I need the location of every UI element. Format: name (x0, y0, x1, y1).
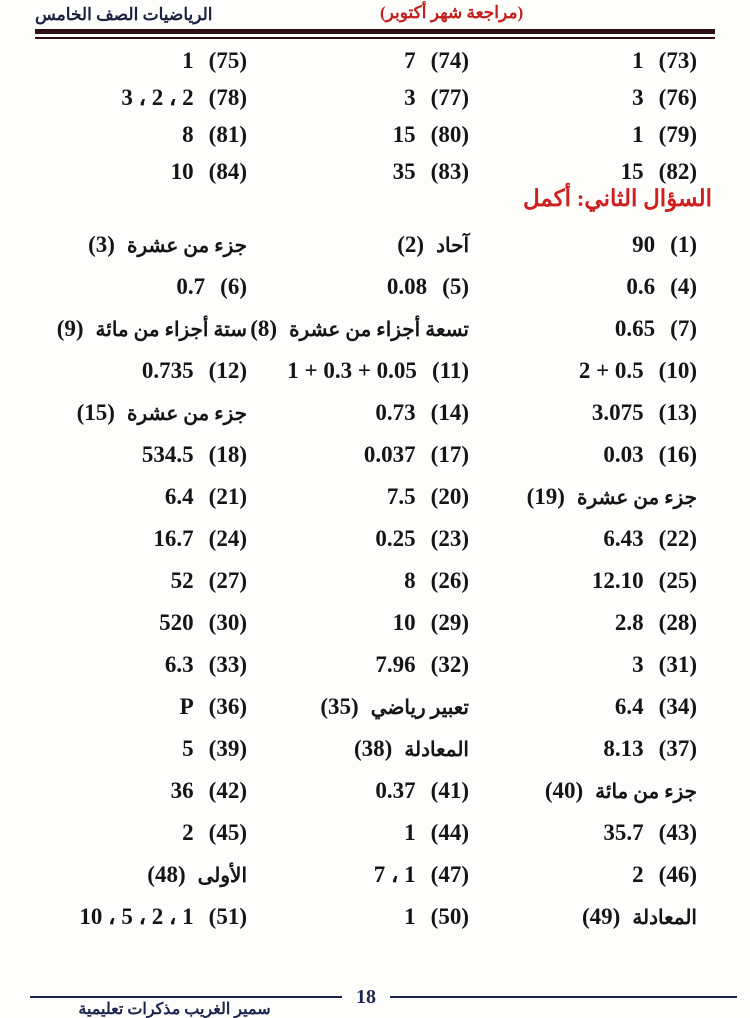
answer-row: 6.4(34)(35)تعبير رياضيP(36) (0, 686, 750, 728)
item-number: (49) (582, 904, 620, 930)
item-number: (42) (209, 778, 247, 804)
answer-cell: (3)جزء من عشرة (42, 232, 247, 258)
answer-cell: 0.73(14) (247, 400, 469, 426)
item-answer: 0.03 (603, 442, 643, 468)
item-number: (1) (670, 232, 697, 258)
item-number: (5) (442, 274, 469, 300)
item-answer: آحاد (436, 233, 469, 258)
item-number: (9) (57, 316, 84, 342)
answer-cell: (19)جزء من عشرة (469, 484, 697, 510)
answer-cell: 3.075(13) (469, 400, 697, 426)
item-answer: المعادلة (632, 905, 697, 930)
answer-cell: 0.03(16) (469, 442, 697, 468)
answer-cell: 0.037(17) (247, 442, 469, 468)
item-number: (41) (431, 778, 469, 804)
answer-row: 0.6(4)0.08(5)0.7(6) (0, 266, 750, 308)
header-double-rule (35, 29, 715, 39)
item-answer: 10 (393, 610, 416, 636)
item-number: (79) (659, 122, 697, 148)
answer-cell: (9)ستة أجزاء من مائة (42, 316, 247, 342)
review-title: (مراجعة شهر أكتوبر) (380, 3, 523, 23)
item-number: (25) (659, 568, 697, 594)
item-answer: 90 (632, 232, 655, 258)
item-answer: 7.96 (375, 652, 415, 678)
item-number: (84) (209, 159, 247, 185)
answer-cell: 2(46) (469, 862, 697, 888)
item-answer: 35 (393, 159, 416, 185)
item-number: (83) (431, 159, 469, 185)
item-answer: 8 (404, 568, 416, 594)
item-answer: 3 (632, 652, 644, 678)
answer-cell: 2 + 0.5(10) (469, 358, 697, 384)
item-answer: 6.4 (165, 484, 194, 510)
item-answer: 520 (159, 610, 194, 636)
item-answer: 0.25 (375, 526, 415, 552)
answer-cell: (2)آحاد (247, 232, 469, 258)
item-answer: 2 (182, 820, 194, 846)
item-number: (32) (431, 652, 469, 678)
answer-cell: 0.735(12) (42, 358, 247, 384)
item-answer: 0.6 (626, 274, 655, 300)
answer-cell: 16.7(24) (42, 526, 247, 552)
answer-row: 2.8(28)10(29)520(30) (0, 602, 750, 644)
answer-cell: 6.4(21) (42, 484, 247, 510)
item-answer: 2 (632, 862, 644, 888)
item-answer: ستة أجزاء من مائة (96, 317, 247, 342)
answer-row: (49)المعادلة1(50)10 ، 5 ، 2 ، 1(51) (0, 896, 750, 938)
item-number: (78) (209, 85, 247, 111)
item-answer: 15 (621, 159, 644, 185)
answer-row: (40)جزء من مائة0.37(41)36(42) (0, 770, 750, 812)
item-number: (51) (209, 904, 247, 930)
answer-cell: 520(30) (42, 610, 247, 636)
answer-cell: 1(75) (42, 48, 247, 74)
answer-cell: 10(29) (247, 610, 469, 636)
item-number: (37) (659, 736, 697, 762)
item-answer: 3 ، 2 ، 2 (121, 85, 193, 111)
item-answer: 10 (171, 159, 194, 185)
answer-cell: 90(1) (469, 232, 697, 258)
item-number: (29) (431, 610, 469, 636)
item-number: (76) (659, 85, 697, 111)
item-answer: 0.037 (364, 442, 416, 468)
item-answer: تعبير رياضي (371, 695, 469, 720)
answer-cell: (48)الأولى (42, 862, 247, 888)
answer-cell: (15)جزء من عشرة (42, 400, 247, 426)
footer-rule-left (30, 996, 342, 998)
answer-row: 1(73)7(74)1(75) (0, 42, 750, 79)
item-number: (82) (659, 159, 697, 185)
item-answer: 6.43 (603, 526, 643, 552)
answer-row: 0.03(16)0.037(17)534.5(18) (0, 434, 750, 476)
item-number: (3) (88, 232, 115, 258)
answer-cell: 0.7(6) (42, 274, 247, 300)
item-number: (6) (220, 274, 247, 300)
answer-row: 90(1)(2)آحاد(3)جزء من عشرة (0, 224, 750, 266)
answer-row: 3.075(13)0.73(14)(15)جزء من عشرة (0, 392, 750, 434)
answer-row: 15(82)35(83)10(84) (0, 153, 750, 190)
item-answer: 8 (182, 122, 194, 148)
item-answer: 1 (632, 122, 644, 148)
answer-cell: 0.65(7) (469, 316, 697, 342)
item-answer: 7.5 (387, 484, 416, 510)
item-answer: تسعة أجزاء من عشرة (289, 317, 469, 342)
item-number: (23) (431, 526, 469, 552)
answer-cell: 12.10(25) (469, 568, 697, 594)
item-number: (34) (659, 694, 697, 720)
answers-grid-main: 90(1)(2)آحاد(3)جزء من عشرة0.6(4)0.08(5)0… (0, 224, 750, 938)
item-answer: 1 (632, 48, 644, 74)
item-number: (35) (320, 694, 358, 720)
item-number: (26) (431, 568, 469, 594)
item-answer: المعادلة (404, 737, 469, 762)
item-number: (19) (527, 484, 565, 510)
item-number: (22) (659, 526, 697, 552)
item-number: (38) (354, 736, 392, 762)
item-answer: 0.735 (142, 358, 194, 384)
item-answer: 5 (182, 736, 194, 762)
item-answer: 1 (404, 820, 416, 846)
item-answer: 1 (182, 48, 194, 74)
answer-cell: 52(27) (42, 568, 247, 594)
item-number: (28) (659, 610, 697, 636)
item-answer: 16.7 (153, 526, 193, 552)
answer-cell: 8(81) (42, 122, 247, 148)
item-number: (74) (431, 48, 469, 74)
answer-cell: 0.25(23) (247, 526, 469, 552)
answers-grid-top: 1(73)7(74)1(75)3(76)3(77)3 ، 2 ، 2(78)1(… (0, 42, 750, 190)
item-number: (80) (431, 122, 469, 148)
answer-cell: 35(83) (247, 159, 469, 185)
item-number: (13) (659, 400, 697, 426)
answer-row: 8.13(37)(38)المعادلة5(39) (0, 728, 750, 770)
item-number: (4) (670, 274, 697, 300)
item-answer: 6.3 (165, 652, 194, 678)
item-answer: 10 ، 5 ، 2 ، 1 (79, 904, 193, 930)
item-number: (50) (431, 904, 469, 930)
item-number: (47) (431, 862, 469, 888)
item-number: (43) (659, 820, 697, 846)
item-answer: 1 (404, 904, 416, 930)
answer-cell: 534.5(18) (42, 442, 247, 468)
item-answer: 8.13 (603, 736, 643, 762)
item-answer: P (180, 694, 194, 720)
item-answer: جزء من عشرة (127, 233, 247, 258)
item-number: (77) (431, 85, 469, 111)
answer-cell: 35.7(43) (469, 820, 697, 846)
item-answer: 0.7 (176, 274, 205, 300)
item-answer: جزء من عشرة (127, 401, 247, 426)
answer-cell: 10 ، 5 ، 2 ، 1(51) (42, 904, 247, 930)
answer-cell: 3 ، 2 ، 2(78) (42, 85, 247, 111)
item-number: (15) (77, 400, 115, 426)
answer-cell: 3(31) (469, 652, 697, 678)
answer-row: 1(79)15(80)8(81) (0, 116, 750, 153)
answer-cell: 6.43(22) (469, 526, 697, 552)
item-number: (81) (209, 122, 247, 148)
answer-cell: (38)المعادلة (247, 736, 469, 762)
answer-row: (19)جزء من عشرة7.5(20)6.4(21) (0, 476, 750, 518)
item-answer: 3 (404, 85, 416, 111)
item-number: (36) (209, 694, 247, 720)
item-number: (10) (659, 358, 697, 384)
answer-row: 2(46)7 ، 1(47)(48)الأولى (0, 854, 750, 896)
item-number: (18) (209, 442, 247, 468)
answer-cell: (35)تعبير رياضي (247, 694, 469, 720)
answer-cell: 8(26) (247, 568, 469, 594)
answer-cell: 7.96(32) (247, 652, 469, 678)
answer-cell: 8.13(37) (469, 736, 697, 762)
item-number: (46) (659, 862, 697, 888)
answer-cell: 0.37(41) (247, 778, 469, 804)
answer-cell: 15(82) (469, 159, 697, 185)
answer-cell: (40)جزء من مائة (469, 778, 697, 804)
item-answer: 0.73 (375, 400, 415, 426)
item-number: (14) (431, 400, 469, 426)
answer-row: 12.10(25)8(26)52(27) (0, 560, 750, 602)
item-number: (31) (659, 652, 697, 678)
item-answer: 1 + 0.3 + 0.05 (287, 358, 417, 384)
answer-cell: 0.6(4) (469, 274, 697, 300)
item-answer: 6.4 (615, 694, 644, 720)
item-number: (40) (545, 778, 583, 804)
item-answer: الأولى (198, 863, 247, 888)
item-answer: 0.08 (387, 274, 427, 300)
item-number: (12) (209, 358, 247, 384)
answer-cell: 3(77) (247, 85, 469, 111)
answer-cell: 7.5(20) (247, 484, 469, 510)
item-answer: 12.10 (592, 568, 644, 594)
item-answer: 7 ، 1 (374, 862, 416, 888)
answer-row: 3(76)3(77)3 ، 2 ، 2(78) (0, 79, 750, 116)
item-answer: 0.65 (615, 316, 655, 342)
item-number: (44) (431, 820, 469, 846)
course-title: الرياضيات الصف الخامس (35, 5, 213, 25)
answer-cell: 1 + 0.3 + 0.05(11) (247, 358, 469, 384)
item-answer: 52 (171, 568, 194, 594)
item-number: (7) (670, 316, 697, 342)
answer-cell: 36(42) (42, 778, 247, 804)
item-number: (11) (432, 358, 469, 384)
answer-row: 0.65(7)(8)تسعة أجزاء من عشرة(9)ستة أجزاء… (0, 308, 750, 350)
item-answer: 15 (393, 122, 416, 148)
publisher-name: سمير الغريب مذكرات تعليمية (57, 999, 292, 1018)
answer-cell: 2(45) (42, 820, 247, 846)
answer-cell: 3(76) (469, 85, 697, 111)
answer-cell: (8)تسعة أجزاء من عشرة (247, 316, 469, 342)
answer-row: 2 + 0.5(10)1 + 0.3 + 0.05(11)0.735(12) (0, 350, 750, 392)
item-number: (45) (209, 820, 247, 846)
answer-cell: 1(50) (247, 904, 469, 930)
item-answer: 3 (632, 85, 644, 111)
answer-row: 6.43(22)0.25(23)16.7(24) (0, 518, 750, 560)
answer-cell: 7 ، 1(47) (247, 862, 469, 888)
item-answer: 3.075 (592, 400, 644, 426)
answer-cell: 0.08(5) (247, 274, 469, 300)
worksheet-page: { "header": { "course_title": "الرياضيات… (0, 0, 750, 1018)
item-number: (27) (209, 568, 247, 594)
item-answer: 36 (171, 778, 194, 804)
item-number: (16) (659, 442, 697, 468)
footer-rule-right (390, 996, 737, 998)
answer-row: 3(31)7.96(32)6.3(33) (0, 644, 750, 686)
answer-cell: 2.8(28) (469, 610, 697, 636)
section2-heading: السؤال الثاني: أكمل (523, 186, 712, 212)
answer-cell: 6.3(33) (42, 652, 247, 678)
item-number: (30) (209, 610, 247, 636)
item-answer: 7 (404, 48, 416, 74)
item-answer: 534.5 (142, 442, 194, 468)
answer-cell: 1(73) (469, 48, 697, 74)
answer-cell: (49)المعادلة (469, 904, 697, 930)
item-number: (17) (431, 442, 469, 468)
item-answer: 0.37 (375, 778, 415, 804)
answer-cell: P(36) (42, 694, 247, 720)
answer-cell: 7(74) (247, 48, 469, 74)
item-answer: 2 + 0.5 (579, 358, 644, 384)
item-number: (73) (659, 48, 697, 74)
answer-cell: 5(39) (42, 736, 247, 762)
item-number: (39) (209, 736, 247, 762)
answer-cell: 15(80) (247, 122, 469, 148)
answer-cell: 1(79) (469, 122, 697, 148)
item-number: (75) (209, 48, 247, 74)
item-answer: جزء من مائة (595, 779, 697, 804)
answer-row: 35.7(43)1(44)2(45) (0, 812, 750, 854)
item-number: (21) (209, 484, 247, 510)
item-number: (2) (397, 232, 424, 258)
item-answer: 2.8 (615, 610, 644, 636)
answer-cell: 1(44) (247, 820, 469, 846)
item-answer: 35.7 (603, 820, 643, 846)
page-number: 18 (356, 986, 376, 1009)
item-number: (20) (431, 484, 469, 510)
item-number: (48) (147, 862, 185, 888)
answer-cell: 6.4(34) (469, 694, 697, 720)
item-answer: جزء من عشرة (577, 485, 697, 510)
answer-cell: 10(84) (42, 159, 247, 185)
item-number: (33) (209, 652, 247, 678)
item-number: (8) (250, 316, 277, 342)
item-number: (24) (209, 526, 247, 552)
